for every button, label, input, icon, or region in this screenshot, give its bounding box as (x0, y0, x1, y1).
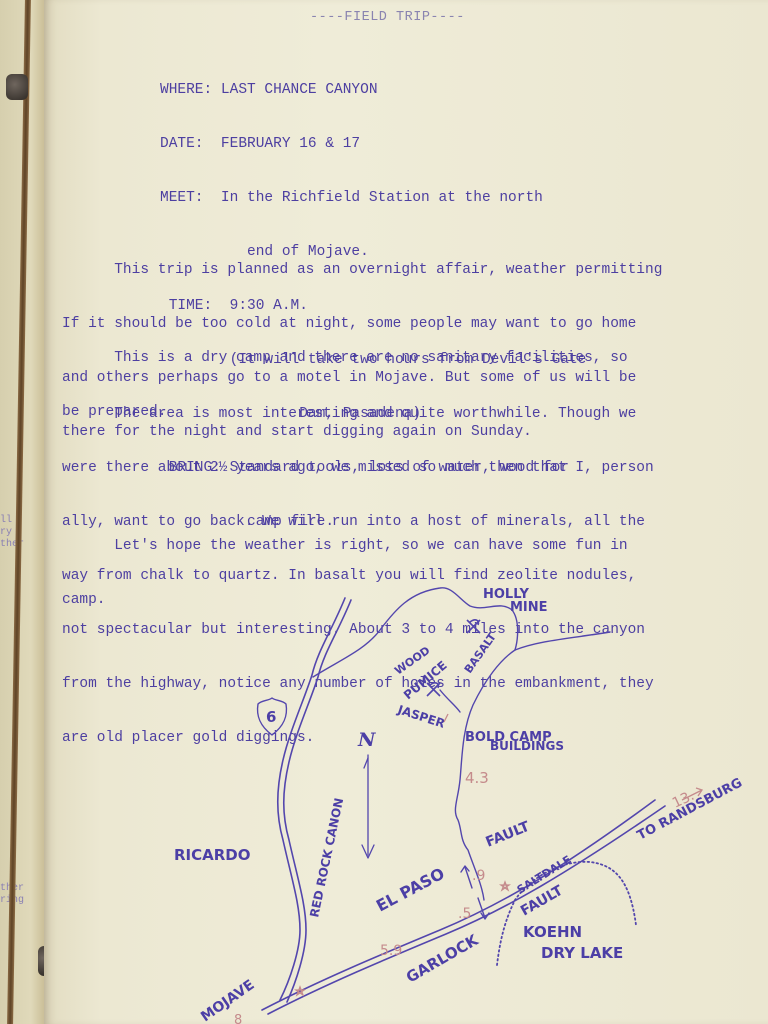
distance-0-9: .9 (472, 868, 485, 884)
label-red-rock-canyon: RED ROCK CANON (307, 797, 346, 919)
distance-8: 8 (234, 1013, 242, 1024)
label-route-number: 6 (266, 708, 276, 726)
label-mojave: MOJAVE (198, 977, 257, 1024)
label-el-paso: EL PASO (373, 864, 448, 916)
label-basalt: BASALT (462, 630, 499, 676)
north-arrow (362, 755, 374, 858)
label-fault-el-paso: FAULT (484, 819, 533, 851)
label-dry-lake: DRY LAKE (541, 944, 623, 962)
label-buildings: BUILDINGS (490, 739, 564, 753)
distance-4-3: 4.3 (465, 769, 489, 787)
red-star-markers (296, 714, 702, 995)
label-north: N (357, 729, 376, 751)
label-ricardo: RICARDO (174, 846, 251, 864)
distance-5-9: 5.9 (380, 943, 402, 959)
label-mine: MINE (510, 600, 548, 615)
distance-0-5: .5 (458, 906, 471, 922)
hand-drawn-map: HOLLY MINE WOOD PUMICE BASALT JASPER BOL… (0, 0, 768, 1024)
label-to-randsburg: TO RANDSBURG (635, 775, 745, 843)
label-garlock: GARLOCK (403, 930, 482, 986)
label-jasper: JASPER (395, 702, 447, 731)
label-koehn: KOEHN (523, 923, 582, 941)
